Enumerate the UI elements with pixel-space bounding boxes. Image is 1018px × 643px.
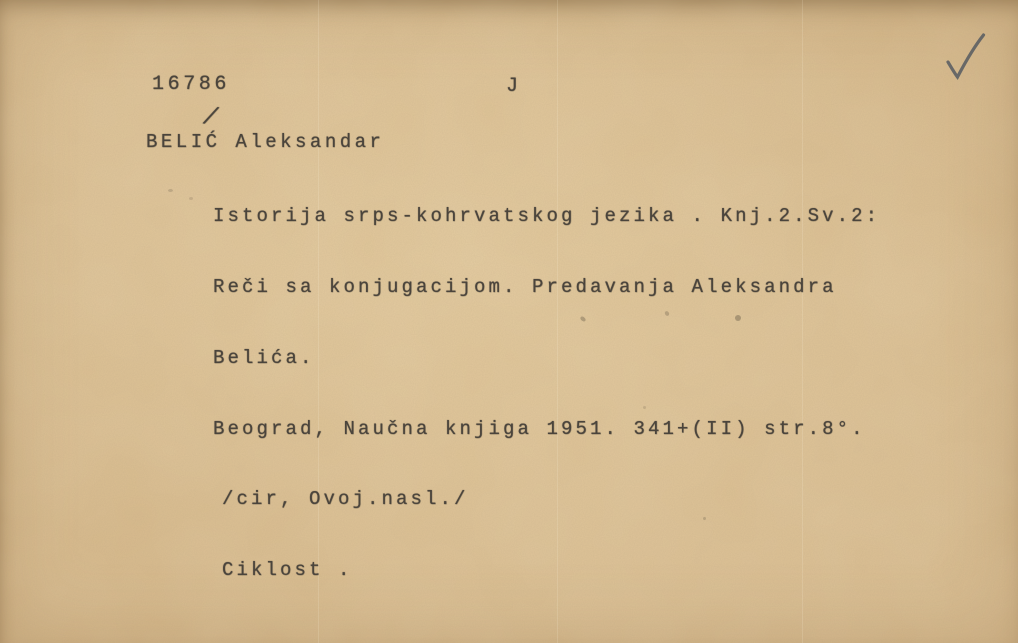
- checkmark-stroke: [948, 35, 984, 77]
- body-line-title-3: Belića.: [213, 347, 880, 371]
- catalog-entry-body: Istorija srps-kohrvatskog jezika . Knj.2…: [213, 158, 880, 630]
- paper-speck: [168, 189, 173, 192]
- author-heading: BELIĆ Aleksandar: [146, 131, 384, 153]
- body-line-format: Ciklost .: [213, 559, 880, 583]
- author-accent-mark: /: [202, 104, 222, 133]
- body-line-imprint: Beograd, Naučna knjiga 1951. 341+(II) st…: [213, 418, 880, 442]
- call-number: 16786: [152, 73, 230, 96]
- body-line-notes: /cir, Ovoj.nasl./: [213, 488, 880, 512]
- catalog-card: 16786 J / BELIĆ Aleksandar Istorija srps…: [0, 0, 1018, 643]
- body-line-title-2: Reči sa konjugacijom. Predavanja Aleksan…: [213, 276, 880, 300]
- body-line-title-1: Istorija srps-kohrvatskog jezika . Knj.2…: [213, 205, 880, 229]
- section-letter: J: [506, 75, 521, 98]
- checkmark-icon: [935, 24, 997, 90]
- paper-speck: [189, 197, 193, 200]
